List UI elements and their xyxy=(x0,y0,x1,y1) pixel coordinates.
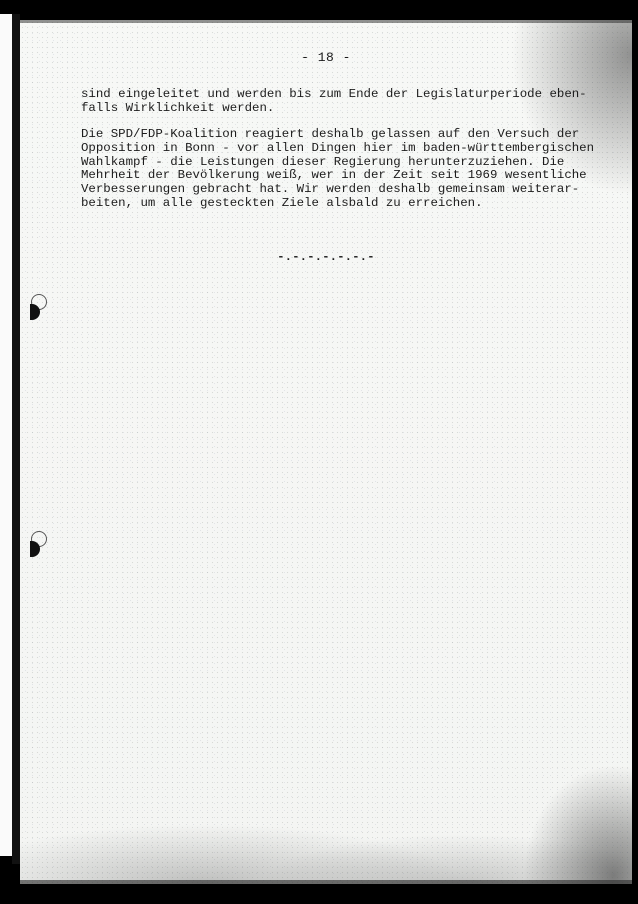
document-page: - 18 - sind eingeleitet und werden bis z… xyxy=(20,20,632,884)
scanned-document: - 18 - sind eingeleitet und werden bis z… xyxy=(0,0,638,904)
paragraph-2-line-4: Mehrheit der Bevölkerung weiß, wer in de… xyxy=(81,168,587,182)
punch-hole-icon xyxy=(26,531,46,561)
paragraph-2-line-2: Opposition in Bonn - vor allen Dingen hi… xyxy=(81,141,594,155)
paragraph-2-line-5: Verbesserungen gebracht hat. Wir werden … xyxy=(81,182,579,196)
end-separator: -.-.-.-.-.-.- xyxy=(20,250,632,264)
page-edge-bottom xyxy=(20,880,632,884)
punch-hole-shadow xyxy=(30,304,40,320)
punch-hole-icon xyxy=(26,294,46,324)
page-number: - 18 - xyxy=(20,50,632,65)
paragraph-2-line-1: Die SPD/FDP-Koalition reagiert deshalb g… xyxy=(81,127,579,141)
paragraph-2: Die SPD/FDP-Koalition reagiert deshalb g… xyxy=(81,128,594,211)
binding-edge xyxy=(12,14,20,864)
paragraph-2-line-6: beiten, um alle gesteckten Ziele alsbald… xyxy=(81,196,483,210)
paragraph-2-line-3: Wahlkampf - die Leistungen dieser Regier… xyxy=(81,155,564,169)
paragraph-1-line-1: sind eingeleitet und werden bis zum Ende… xyxy=(81,87,587,101)
paragraph-1-line-2: falls Wirklichkeit werden. xyxy=(81,101,274,115)
paragraph-1: sind eingeleitet und werden bis zum Ende… xyxy=(81,88,587,116)
punch-hole-shadow xyxy=(30,541,40,557)
page-edge-top xyxy=(20,20,632,23)
